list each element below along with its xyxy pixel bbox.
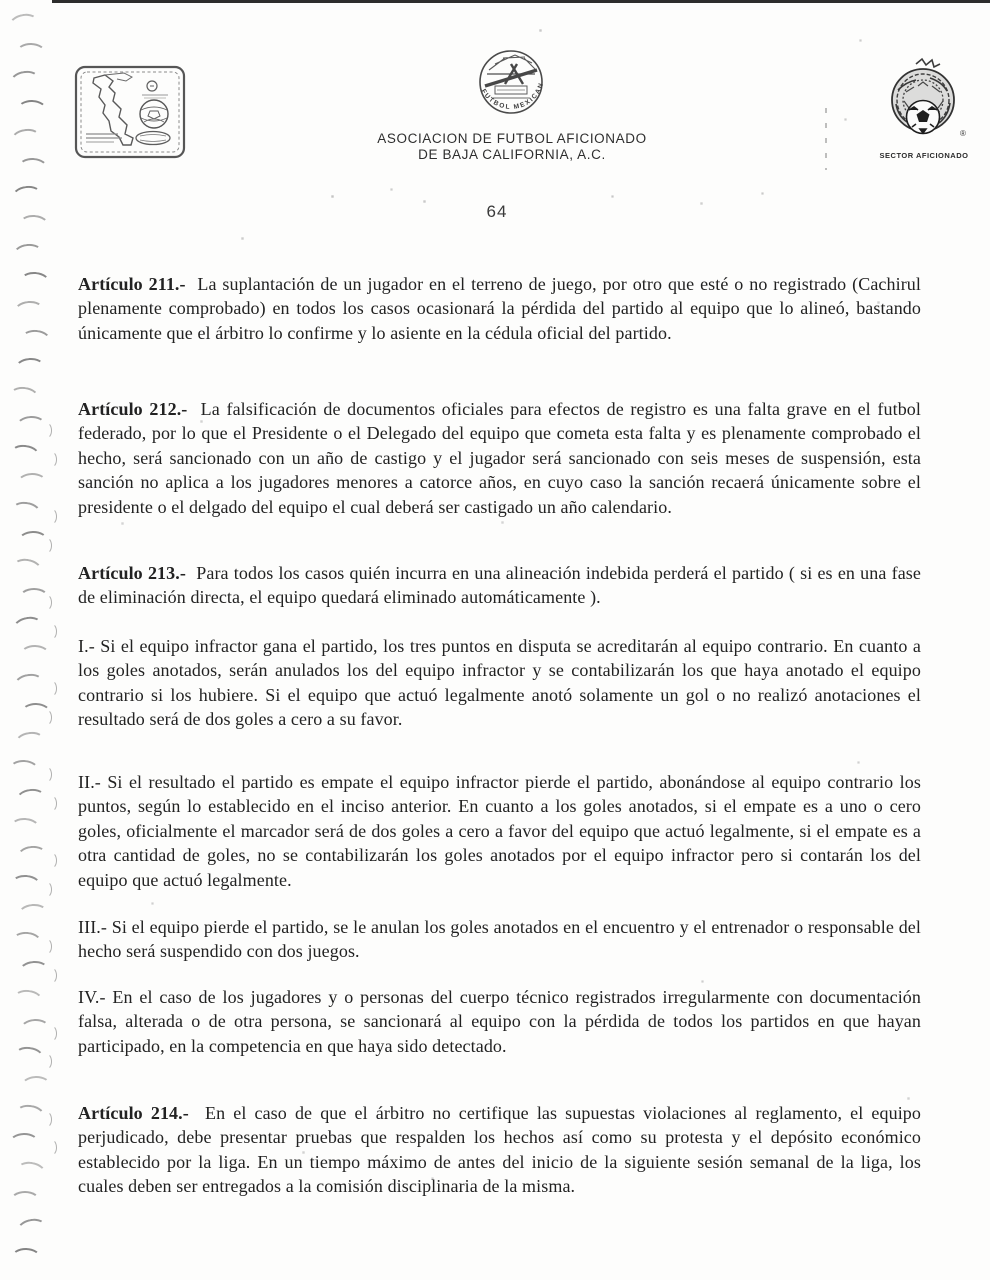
femexfut-crest-block: ® SECTOR AFICIONADO [872,56,976,160]
binding-mark [14,357,45,379]
article-213-paragraph: Artículo 213.- Para todos los casos quié… [78,561,921,610]
binding-mark-tail [45,1025,57,1042]
binding-mark-tail [40,537,52,554]
binding-mark-tail [45,508,57,525]
binding-mark [17,473,48,494]
article-213-label: Artículo 213.- [78,563,186,583]
binding-mark [13,672,46,696]
binding-mark [15,787,47,811]
baja-california-stamp-logo-icon [74,64,188,162]
article-214-label: Artículo 214.- [78,1103,189,1123]
binding-mark-tail [45,795,57,812]
binding-mark [9,817,40,839]
binding-mark [16,845,48,868]
article-214-paragraph: Artículo 214.- En el caso de que el árbi… [78,1101,921,1199]
scan-dash-artifact [825,108,827,170]
binding-mark-tail [45,451,57,468]
binding-mark-tail [45,852,57,869]
article-212-text: La falsificación de documentos oficiales… [78,399,921,517]
binding-mark [13,300,45,323]
binding-mark [11,931,43,954]
binding-mark-tail [40,422,52,439]
binding-mark [15,1217,48,1242]
binding-mark [10,874,42,897]
binding-mark [17,157,48,179]
binding-mark [19,271,51,294]
section-iv-paragraph: IV.- En el caso de los jugadores y o per… [78,985,921,1058]
binding-mark [17,902,49,925]
section-i-text: Si el equipo infractor gana el partido, … [78,636,921,729]
binding-mark [12,988,44,1012]
binding-mark [7,12,40,37]
article-214-text: En el caso de que el árbitro no certifiq… [78,1103,921,1196]
section-ii-label: II.- [78,772,101,792]
binding-mark-tail [45,1139,57,1156]
section-iii-text: Si el equipo pierde el partido, se le an… [78,917,921,961]
binding-mark-tail [45,680,57,697]
binding-mark-tail [40,594,52,611]
binding-mark-tail [45,967,57,984]
binding-mark [10,127,42,151]
binding-mark [9,443,41,467]
organization-name-line1: ASOCIACION DE FUTBOL AFICIONADO [312,131,712,147]
article-211-paragraph: Artículo 211.- La suplantación de un jug… [78,272,921,345]
binding-mark [9,69,42,93]
binding-mark [20,328,52,351]
binding-mark [8,759,39,781]
binding-mark-tail [40,709,52,726]
section-i-label: I.- [78,636,95,656]
section-i-paragraph: I.- Si el equipo infractor gana el parti… [78,634,921,732]
section-iii-label: III.- [78,917,107,937]
binding-mark [14,730,46,754]
binding-mark [10,500,43,524]
binding-mark [9,1133,39,1154]
binding-mark [21,1075,52,1096]
spiral-binding-rail [0,0,70,1280]
article-211-label: Artículo 211.- [78,274,186,294]
femexfut-sector-aficionado-crest-icon: ® [876,56,972,150]
binding-mark-tail [40,1053,52,1070]
scan-speckles [0,0,1,1]
binding-mark-tail [40,881,52,898]
scanned-document-page: { "page": { "number": "64", "header": { … [0,0,990,1280]
binding-mark-tail [40,766,52,783]
binding-mark [11,614,44,639]
organization-name: ASOCIACION DE FUTBOL AFICIONADO DE BAJA … [312,131,712,163]
binding-mark [10,557,43,582]
section-ii-paragraph: II.- Si el resultado el partido es empat… [78,770,921,892]
binding-mark [12,242,44,265]
futbol-mexicano-sa-logo-icon: FUTBOL MEXICANO [471,44,551,126]
binding-mark [20,645,50,666]
binding-mark [16,42,46,63]
article-212-paragraph: Artículo 212.- La falsificación de docum… [78,397,921,519]
binding-mark-tail [45,623,57,640]
binding-mark [14,1160,47,1185]
section-iv-text: En el caso de los jugadores y o personas… [78,987,921,1056]
binding-mark [11,1248,41,1269]
section-iii-paragraph: III.- Si el equipo pierde el partido, se… [78,915,921,964]
binding-mark-tail [40,1111,52,1128]
article-213-text: Para todos los casos quién incurra en un… [78,563,921,607]
section-iv-label: IV.- [78,987,106,1007]
binding-mark-tail [40,938,52,955]
binding-mark [10,1191,40,1211]
section-ii-text: Si el resultado el partido es empate el … [78,772,921,890]
article-211-text: La suplantación de un jugador en el terr… [78,274,921,343]
organization-name-line2: DE BAJA CALIFORNIA, A.C. [312,147,712,163]
binding-mark [8,385,40,409]
binding-mark [17,100,48,121]
registered-trademark-symbol: ® [960,129,966,138]
crest-caption: SECTOR AFICIONADO [872,151,976,160]
page-number: 64 [0,202,990,222]
scan-edge-artifact [52,0,990,3]
article-212-label: Artículo 212.- [78,399,187,419]
